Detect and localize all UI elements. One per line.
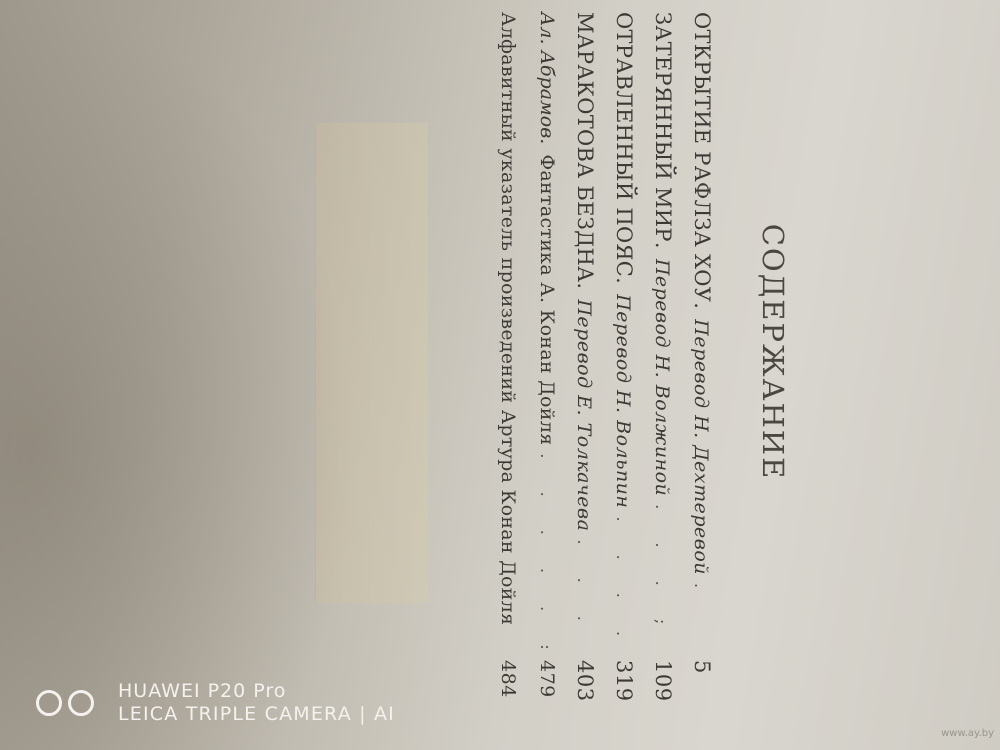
toc-entry-translator: Перевод Е. Толкачева [573,299,595,531]
toc-entry-page: 479 [536,660,558,712]
show-through-text-block [315,123,428,603]
toc-entry-author: Ал. Абрамов. [536,12,558,144]
book-page-photo: СОДЕРЖАНИЕ ОТКРЫТИЕ РАФЛЗА ХОУ. Перевод … [0,0,1000,750]
watermark-camera: LEICA TRIPLE CAMERA | AI [118,703,395,726]
toc-entry-title: МАРАКОТОВА БЕЗДНА. [573,12,597,289]
toc-entry-page: 484 [497,660,519,712]
toc-entry: ОТКРЫТИЕ РАФЛЗА ХОУ. Перевод Н. Дехтерев… [675,12,714,712]
watermark-device: HUAWEI P20 Pro [118,680,395,703]
toc-entry-page: 403 [573,660,597,712]
toc-heading: СОДЕРЖАНИЕ [756,12,790,502]
toc-entry-page: 5 [690,660,714,712]
toc-entry-translator: Перевод Н. Дехтеревой [690,319,712,575]
toc-entry-leader: . . . . [613,516,632,660]
toc-entry: Алфавитный указатель произведений Артура… [480,12,519,712]
toc-entry-page: 319 [612,660,636,712]
camera-lens-logo-icon [36,690,100,716]
toc-entry-leader: . . . . . : [537,453,556,660]
watermark-text: HUAWEI P20 Pro LEICA TRIPLE CAMERA | AI [118,680,395,726]
toc-entry-leader: . . . [574,539,593,660]
toc-entry-title: ЗАТЕРЯННЫЙ МИР. [651,12,675,249]
toc-entry: Ал. Абрамов. Фантастика А. Конан Дойля .… [519,12,558,712]
table-of-contents: СОДЕРЖАНИЕ ОТКРЫТИЕ РАФЛЗА ХОУ. Перевод … [480,12,790,712]
toc-entry-title: Алфавитный указатель произведений Артура… [497,12,519,625]
toc-entry-leader: . [691,583,710,660]
toc-entry-title: ОТКРЫТИЕ РАФЛЗА ХОУ. [690,12,714,309]
toc-entry-translator: Перевод Н. Волжиной [651,259,673,496]
toc-entry-page: 109 [651,660,675,712]
toc-entry-leader: . . . ; [652,504,671,660]
toc-entry-title: ОТРАВЛЕННЫЙ ПОЯС. [612,12,636,284]
site-watermark: www.ay.by [941,728,994,739]
toc-entry-translator: Перевод Н. Вольпин [612,294,634,508]
toc-entry: МАРАКОТОВА БЕЗДНА. Перевод Е. Толкачева … [558,12,597,712]
lens-circle-icon [36,690,62,716]
page-shadow [0,0,360,750]
toc-entry: ОТРАВЛЕННЫЙ ПОЯС. Перевод Н. Вольпин . .… [597,12,636,712]
toc-entry-title: Фантастика А. Конан Дойля [536,154,558,445]
camera-watermark: HUAWEI P20 Pro LEICA TRIPLE CAMERA | AI [36,680,395,726]
lens-circle-icon [68,690,94,716]
toc-entry: ЗАТЕРЯННЫЙ МИР. Перевод Н. Волжиной . . … [636,12,675,712]
